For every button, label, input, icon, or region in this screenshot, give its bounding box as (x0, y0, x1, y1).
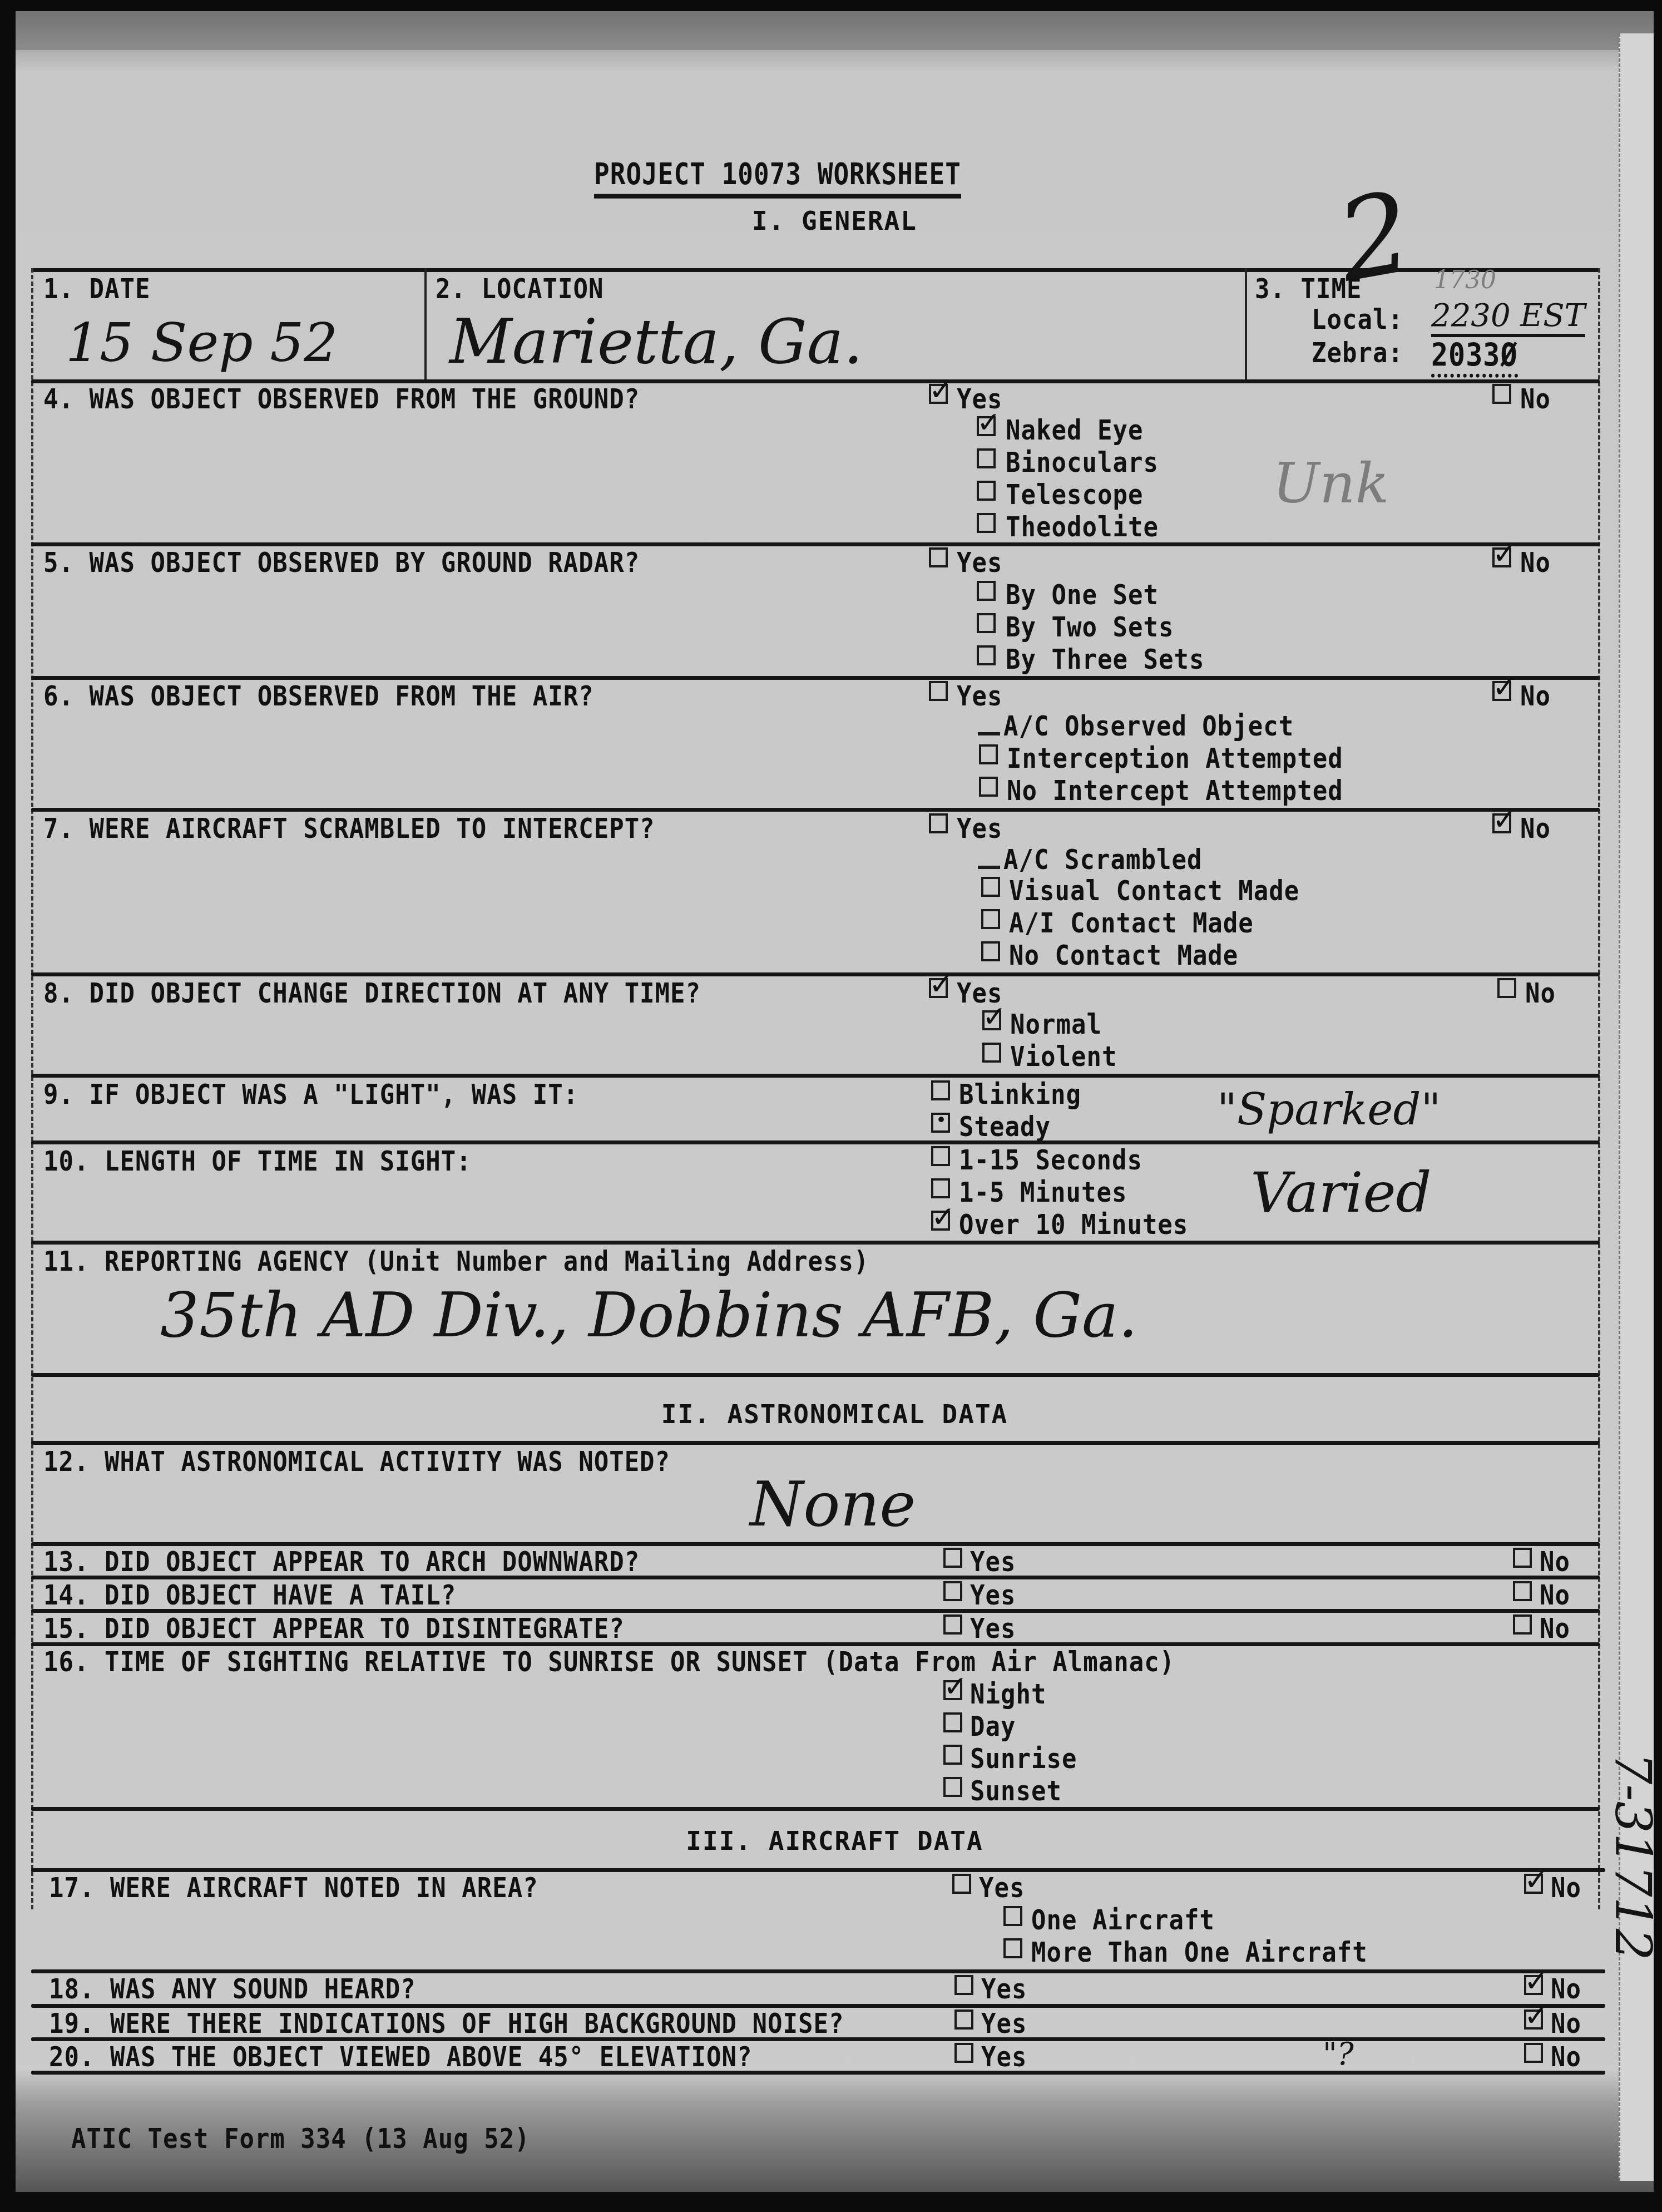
rule (31, 268, 1600, 272)
q14-label: 14. DID OBJECT HAVE A TAIL? (43, 1579, 456, 1612)
section-general: I. GENERAL (16, 206, 1654, 236)
rule (31, 972, 1600, 976)
time-faint-note: 1730 (1434, 266, 1496, 294)
q16-sunset-checkbox[interactable] (943, 1777, 962, 1797)
q4-binoculars-label: Binoculars (1006, 446, 1159, 479)
rule (31, 1807, 1600, 1811)
q7-no-checkbox[interactable] (1492, 813, 1511, 833)
location-label: 2. LOCATION (436, 273, 604, 305)
q7-yes-checkbox[interactable] (929, 813, 948, 833)
q6-no-intercept-label: No Intercept Attempted (1007, 774, 1343, 807)
q19-yes-checkbox[interactable] (954, 2009, 973, 2030)
location-value[interactable]: Marietta, Ga. (449, 306, 863, 377)
q5-one-set-checkbox[interactable] (977, 581, 996, 601)
q9-blinking-label: Blinking (959, 1078, 1081, 1111)
q4-note: Unk (1273, 451, 1389, 516)
q19-no-label: No (1551, 2007, 1581, 2040)
q18-no-label: No (1551, 1973, 1581, 2006)
q20-note: "? (1323, 2036, 1354, 2072)
date-value[interactable]: 15 Sep 52 (66, 312, 338, 374)
q4-theodolite-checkbox[interactable] (977, 513, 996, 533)
q16-sunrise-label: Sunrise (970, 1742, 1077, 1775)
q7-scrambled-label: A/C Scrambled (1003, 843, 1202, 876)
q17-label: 17. WERE AIRCRAFT NOTED IN AREA? (49, 1872, 538, 1904)
q13-label: 13. DID OBJECT APPEAR TO ARCH DOWNWARD? (43, 1546, 640, 1578)
q10-1-5-minutes-checkbox[interactable] (931, 1178, 950, 1198)
time-label: 3. TIME (1255, 273, 1362, 305)
q15-label: 15. DID OBJECT APPEAR TO DISINTEGRATE? (43, 1612, 625, 1645)
q12-value[interactable]: None (750, 1469, 916, 1540)
q18-yes-label: Yes (981, 1973, 1027, 2006)
rule (31, 1140, 1600, 1144)
q8-no-label: No (1525, 977, 1556, 1010)
q12-label: 12. WHAT ASTRONOMICAL ACTIVITY WAS NOTED… (43, 1445, 670, 1478)
q4-no-checkbox[interactable] (1492, 384, 1511, 404)
q8-violent-label: Violent (1010, 1040, 1117, 1073)
q19-label: 19. WERE THERE INDICATIONS OF HIGH BACKG… (49, 2007, 844, 2040)
zebra-label: Zebra: (1312, 337, 1403, 369)
q20-no-checkbox[interactable] (1524, 2043, 1543, 2063)
q7-yes-label: Yes (957, 812, 1002, 845)
q4-telescope-label: Telescope (1006, 478, 1143, 511)
rule (31, 1373, 1600, 1377)
q18-no-checkbox[interactable] (1524, 1975, 1543, 1995)
q7-label: 7. WERE AIRCRAFT SCRAMBLED TO INTERCEPT? (43, 812, 655, 845)
q13-no-checkbox[interactable] (1513, 1548, 1532, 1568)
q15-yes-label: Yes (970, 1612, 1016, 1645)
q7-no-contact-checkbox[interactable] (981, 941, 1000, 961)
q13-no-label: No (1540, 1546, 1570, 1578)
q4-label: 4. WAS OBJECT OBSERVED FROM THE GROUND? (43, 383, 640, 416)
q15-no-checkbox[interactable] (1513, 1614, 1532, 1635)
q10-1-5-minutes-label: 1-5 Minutes (959, 1176, 1127, 1209)
rule (31, 1074, 1600, 1078)
q7-visual-contact-label: Visual Contact Made (1009, 875, 1299, 907)
q16-sunrise-checkbox[interactable] (943, 1745, 962, 1765)
q8-violent-checkbox[interactable] (982, 1043, 1001, 1063)
q5-label: 5. WAS OBJECT OBSERVED BY GROUND RADAR? (43, 546, 640, 579)
section-aircraft: III. AIRCRAFT DATA (16, 1826, 1654, 1856)
q15-no-label: No (1540, 1612, 1570, 1645)
q16-sunset-label: Sunset (970, 1775, 1062, 1808)
q20-no-label: No (1551, 2041, 1581, 2073)
q7-ai-contact-checkbox[interactable] (981, 909, 1000, 929)
q20-label: 20. WAS THE OBJECT VIEWED ABOVE 45° ELEV… (49, 2041, 753, 2073)
q4-yes-checkbox[interactable] (929, 384, 948, 404)
q9-steady-label: Steady (959, 1110, 1051, 1143)
q9-label: 9. IF OBJECT WAS A "LIGHT", WAS IT: (43, 1078, 578, 1111)
q19-yes-label: Yes (981, 2007, 1027, 2040)
q17-yes-checkbox[interactable] (952, 1874, 971, 1894)
q9-note: "Sparked" (1217, 1085, 1441, 1135)
scan-shadow (16, 11, 1654, 50)
q16-day-label: Day (970, 1710, 1016, 1743)
q17-no-checkbox[interactable] (1524, 1874, 1543, 1894)
q6-interception-checkbox[interactable] (979, 744, 998, 764)
q8-no-checkbox[interactable] (1497, 978, 1516, 998)
q6-no-checkbox[interactable] (1492, 681, 1511, 701)
zebra-time-value[interactable]: 2033Ø (1431, 337, 1518, 378)
q14-yes-label: Yes (970, 1579, 1016, 1612)
q13-yes-checkbox[interactable] (943, 1548, 962, 1568)
q4-theodolite-label: Theodolite (1006, 511, 1159, 544)
q11-label: 11. REPORTING AGENCY (Unit Number and Ma… (43, 1245, 869, 1278)
q6-no-intercept-checkbox[interactable] (979, 777, 998, 797)
q10-1-15-seconds-checkbox[interactable] (931, 1146, 950, 1166)
rule (31, 1241, 1600, 1245)
local-label: Local: (1312, 303, 1403, 336)
q6-yes-checkbox[interactable] (929, 681, 948, 701)
q5-no-checkbox[interactable] (1492, 547, 1511, 567)
q7-scrambled-blank[interactable] (978, 866, 1000, 869)
q7-visual-contact-checkbox[interactable] (981, 877, 1000, 897)
rule (31, 676, 1600, 680)
q13-yes-label: Yes (970, 1546, 1016, 1578)
q6-yes-label: Yes (957, 680, 1002, 713)
frame-right (1598, 268, 1600, 1909)
date-label: 1. DATE (43, 273, 150, 305)
q5-two-sets-checkbox[interactable] (977, 613, 996, 633)
q18-label: 18. WAS ANY SOUND HEARD? (49, 1973, 416, 2006)
worksheet-page: PROJECT 10073 WORKSHEET 2 I. GENERAL 1. … (16, 11, 1654, 2192)
q17-more-aircraft-label: More Than One Aircraft (1031, 1936, 1368, 1969)
q16-night-label: Night (970, 1678, 1046, 1711)
q20-yes-label: Yes (981, 2041, 1027, 2073)
q10-note: Varied (1250, 1160, 1432, 1225)
q16-night-checkbox[interactable] (943, 1680, 962, 1700)
q9-blinking-checkbox[interactable] (931, 1080, 950, 1100)
q5-yes-label: Yes (957, 546, 1002, 579)
q4-binoculars-checkbox[interactable] (977, 448, 996, 468)
q9-steady-checkbox[interactable] (931, 1113, 950, 1133)
q7-no-contact-label: No Contact Made (1009, 939, 1238, 972)
q7-no-label: No (1520, 812, 1551, 845)
q6-ac-observed-blank[interactable] (978, 732, 1000, 735)
rule (31, 808, 1600, 812)
q6-label: 6. WAS OBJECT OBSERVED FROM THE AIR? (43, 680, 594, 713)
q5-yes-checkbox[interactable] (929, 547, 948, 567)
q16-label: 16. TIME OF SIGHTING RELATIVE TO SUNRISE… (43, 1646, 1175, 1678)
q14-yes-checkbox[interactable] (943, 1581, 962, 1601)
q18-yes-checkbox[interactable] (954, 1975, 973, 1995)
q6-interception-label: Interception Attempted (1007, 742, 1343, 775)
q17-yes-label: Yes (979, 1872, 1025, 1904)
q5-two-sets-label: By Two Sets (1006, 611, 1174, 644)
margin-annotation: 7-31712 (1604, 1752, 1662, 1961)
q4-naked-eye-checkbox[interactable] (977, 416, 996, 436)
q8-normal-label: Normal (1010, 1008, 1102, 1041)
document-title: PROJECT 10073 WORKSHEET (594, 157, 961, 199)
q4-no-label: No (1520, 383, 1551, 416)
q14-no-checkbox[interactable] (1513, 1581, 1532, 1601)
q15-yes-checkbox[interactable] (943, 1614, 962, 1635)
q4-telescope-checkbox[interactable] (977, 481, 996, 501)
q10-1-15-seconds-label: 1-15 Seconds (959, 1144, 1142, 1177)
q17-more-aircraft-checkbox[interactable] (1003, 1938, 1022, 1958)
q6-ac-observed-label: A/C Observed Object (1003, 710, 1294, 743)
local-time-value[interactable]: 2230 EST (1431, 298, 1585, 337)
q6-no-label: No (1520, 680, 1551, 713)
frame-left (31, 268, 33, 1909)
q5-three-sets-checkbox[interactable] (977, 645, 996, 665)
q4-naked-eye-label: Naked Eye (1006, 414, 1143, 447)
form-footer: ATIC Test Form 334 (13 Aug 52) (71, 2122, 530, 2155)
q8-normal-checkbox[interactable] (982, 1010, 1001, 1030)
q10-over-10-minutes-checkbox[interactable] (931, 1211, 950, 1231)
q5-no-label: No (1520, 546, 1551, 579)
q8-label: 8. DID OBJECT CHANGE DIRECTION AT ANY TI… (43, 977, 701, 1010)
divider (1245, 268, 1247, 379)
q11-value[interactable]: 35th AD Div., Dobbins AFB, Ga. (160, 1280, 1138, 1351)
q10-over-10-minutes-label: Over 10 Minutes (959, 1208, 1188, 1241)
q16-day-checkbox[interactable] (943, 1712, 962, 1732)
q8-yes-checkbox[interactable] (929, 978, 948, 998)
q14-no-label: No (1540, 1579, 1570, 1612)
q5-three-sets-label: By Three Sets (1006, 643, 1204, 676)
q17-one-aircraft-checkbox[interactable] (1003, 1906, 1022, 1926)
q19-no-checkbox[interactable] (1524, 2009, 1543, 2030)
rule (31, 542, 1600, 546)
q20-yes-checkbox[interactable] (954, 2043, 973, 2063)
divider (424, 268, 427, 379)
q17-one-aircraft-label: One Aircraft (1031, 1904, 1215, 1937)
q17-no-label: No (1551, 1872, 1581, 1904)
q7-ai-contact-label: A/I Contact Made (1009, 907, 1254, 940)
rule (31, 2071, 1605, 2075)
q5-one-set-label: By One Set (1006, 579, 1159, 611)
section-astronomical: II. ASTRONOMICAL DATA (16, 1399, 1654, 1429)
rule (31, 1441, 1600, 1445)
q10-label: 10. LENGTH OF TIME IN SIGHT: (43, 1145, 472, 1178)
